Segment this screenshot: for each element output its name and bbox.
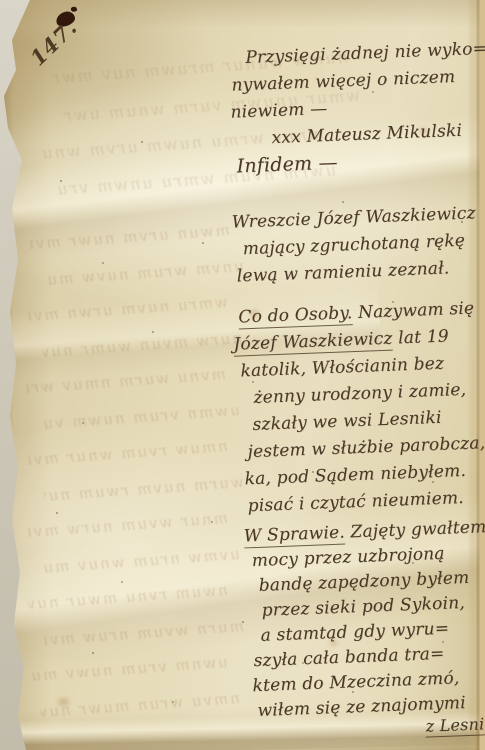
bleedthrough-line: uwnm vrum nuwv mur: [28, 653, 229, 685]
bleedthrough-line: mwun urvm nuwr mvu: [30, 221, 231, 253]
line-text: Infidem —: [236, 152, 338, 178]
line-text: katolik, Włościanin bez: [240, 354, 444, 382]
line-text: lewą w ramieniu zeznał.: [236, 258, 449, 286]
bleedthrough-line: unvm wrum nuvw mur: [44, 257, 245, 289]
manuscript-scan: numw wunur mruwm nuv mwr wmur unuwm vurm…: [0, 0, 485, 750]
bleedthrough-line: murn wvum nruw mvu: [44, 617, 245, 649]
line-text: lat 19: [392, 326, 449, 348]
bleedthrough-line: uwmn vrum nuwm vur: [40, 401, 241, 433]
bleedthrough-line: nurw mvun wumr nuv: [42, 329, 243, 361]
line-text: Nazywam się: [352, 298, 474, 323]
line-text: żenny urodzony i zamie,: [253, 380, 466, 408]
line-text: nywałem więcej o niczem: [231, 67, 456, 96]
bleedthrough-line: nwum rvnu mwur nuv: [28, 581, 229, 613]
page-number: 147.: [25, 14, 82, 70]
bleedthrough-line: uvmw nrum wnuv mur: [40, 545, 241, 577]
bleedthrough-line: nmuw rvum wnur mvu: [28, 437, 229, 469]
line-text: xxx Mateusz Mikulski: [271, 121, 462, 148]
underlined-text: z Lesnik: [425, 714, 485, 738]
underlined-text: W Sprawie.: [243, 523, 345, 549]
line-text: Zajęty gwałtem: [345, 517, 485, 542]
bleedthrough-line: nmvu wrun muwr nuv: [40, 689, 241, 721]
underlined-text: Co do Osoby.: [238, 303, 353, 329]
bleedthrough-line: wmru nuvm urwn mvu: [28, 293, 229, 325]
handwritten-text-block: Przysięgi żadnej nie wyko= nywałem więce…: [220, 36, 485, 745]
line-text: szkały we wsi Lesniki: [252, 408, 442, 435]
bleedthrough-line: mvnu wurm nmuv wru: [26, 365, 227, 397]
bleedthrough-line: wurm nuvm rwum nuv: [44, 473, 245, 505]
bleedthrough-line: mnur wvum nurw mvu: [28, 509, 229, 541]
line-text: pisać i czytać nieumiem.: [247, 488, 464, 516]
line-text: ka, pod Sądem niebyłem.: [244, 461, 466, 489]
line-text: niewiem —: [230, 99, 328, 123]
paper-sheet: numw wunur mruwm nuv mwr wmur unuwm vurm…: [0, 0, 485, 750]
paper-speckles: [0, 0, 2, 2]
